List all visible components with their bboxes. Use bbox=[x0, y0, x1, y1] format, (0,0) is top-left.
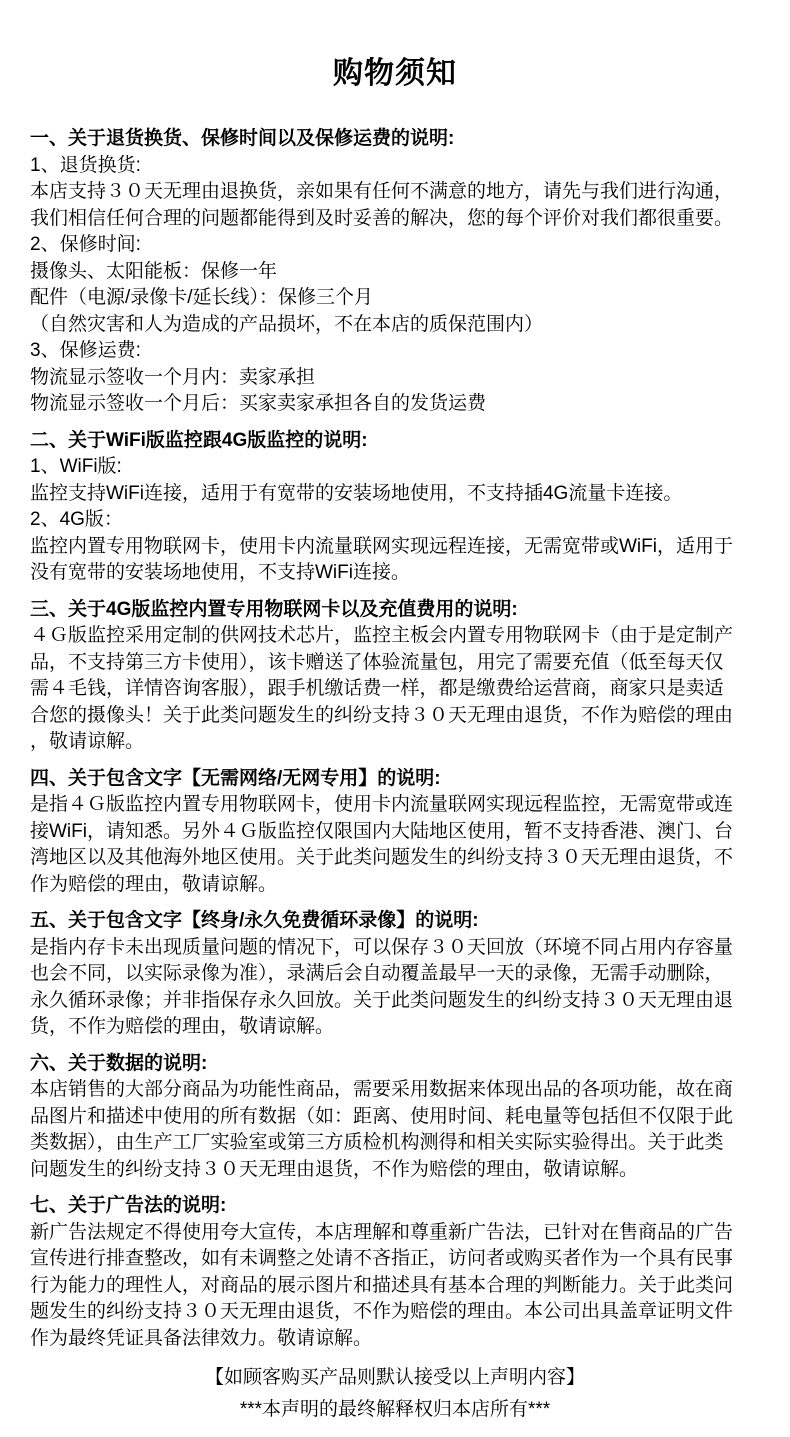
shopping-notice-page: 购物须知 一、关于退货换货、保修时间以及保修运费的说明:1、退货换货:本店支持３… bbox=[0, 0, 790, 1426]
notice-section-3: 三、关于4G版监控内置专用物联网卡以及充值费用的说明:４Ｇ版监控采用定制的供网技… bbox=[30, 597, 760, 756]
section-text-line: 合您的摄像头！关于此类问题发生的纠纷支持３０天无理由退货，不作为赔偿的理由 bbox=[30, 703, 760, 730]
section-text-line: 2、保修时间: bbox=[30, 232, 760, 259]
section-text-line: 物流显示签收一个月内：卖家承担 bbox=[30, 365, 760, 392]
section-text-line: （自然灾害和人为造成的产品损坏，不在本店的质保范围内） bbox=[30, 312, 760, 339]
section-text-line: 是指内存卡未出现质量问题的情况下，可以保存３０天回放（环境不同占用内存容量 bbox=[30, 935, 760, 962]
section-text-line: 配件（电源/录像卡/延长线）：保修三个月 bbox=[30, 285, 760, 312]
section-text-line: ４Ｇ版监控采用定制的供网技术芯片，监控主板会内置专用物联网卡（由于是定制产 bbox=[30, 623, 760, 650]
section-text-line: 需４毛钱，详情咨询客服），跟手机缴话费一样，都是缴费给运营商，商家只是卖适 bbox=[30, 676, 760, 703]
notice-section-6: 六、关于数据的说明:本店销售的大部分商品为功能性商品，需要采用数据来体现出品的各… bbox=[30, 1051, 760, 1184]
section-text-line: 问题发生的纠纷支持３０天无理由退货，不作为赔偿的理由，敬请谅解。 bbox=[30, 1157, 760, 1184]
section-text-line: 作为赔偿的理由，敬请谅解。 bbox=[30, 872, 760, 899]
footer-rights-statement: ***本声明的最终解释权归本店所有*** bbox=[30, 1394, 760, 1426]
section-heading: 二、关于WiFi版监控跟4G版监控的说明: bbox=[30, 428, 760, 455]
section-text-line: 本店销售的大部分商品为功能性商品，需要采用数据来体现出品的各项功能，故在商 bbox=[30, 1077, 760, 1104]
section-text-line: 物流显示签收一个月后：买家卖家承担各自的发货运费 bbox=[30, 391, 760, 418]
section-text-line: 1、WiFi版: bbox=[30, 454, 760, 481]
section-text-line: 没有宽带的安装场地使用，不支持WiFi连接。 bbox=[30, 560, 760, 587]
section-text-line: 1、退货换货: bbox=[30, 153, 760, 180]
section-text-line: 新广告法规定不得使用夸大宣传，本店理解和尊重新广告法，已针对在售商品的广告 bbox=[30, 1220, 760, 1247]
section-text-line: 品图片和描述中使用的所有数据（如：距离、使用时间、耗电量等包括但不仅限于此 bbox=[30, 1104, 760, 1131]
footer: 【如顾客购买产品则默认接受以上声明内容】 ***本声明的最终解释权归本店所有**… bbox=[30, 1362, 760, 1426]
section-text-line: 作为最终凭证具备法律效力。敬请谅解。 bbox=[30, 1326, 760, 1353]
section-text-line: 是指４Ｇ版监控内置专用物联网卡，使用卡内流量联网实现远程监控，无需宽带或连 bbox=[30, 792, 760, 819]
section-text-line: 也会不同，以实际录像为准），录满后会自动覆盖最早一天的录像，无需手动删除， bbox=[30, 961, 760, 988]
section-heading: 六、关于数据的说明: bbox=[30, 1051, 760, 1078]
section-text-line: 监控内置专用物联网卡，使用卡内流量联网实现远程连接，无需宽带或WiFi，适用于 bbox=[30, 534, 760, 561]
notice-section-5: 五、关于包含文字【终身/永久免费循环录像】的说明:是指内存卡未出现质量问题的情况… bbox=[30, 908, 760, 1041]
section-text-line: 货，不作为赔偿的理由，敬请谅解。 bbox=[30, 1014, 760, 1041]
section-heading: 三、关于4G版监控内置专用物联网卡以及充值费用的说明: bbox=[30, 597, 760, 624]
footer-acceptance-statement: 【如顾客购买产品则默认接受以上声明内容】 bbox=[30, 1362, 760, 1394]
notice-section-1: 一、关于退货换货、保修时间以及保修运费的说明:1、退货换货:本店支持３０天无理由… bbox=[30, 126, 760, 418]
section-text-line: ，敬请谅解。 bbox=[30, 729, 760, 756]
section-text-line: 2、4G版： bbox=[30, 507, 760, 534]
section-text-line: 永久循环录像；并非指保存永久回放。关于此类问题发生的纠纷支持３０天无理由退 bbox=[30, 988, 760, 1015]
section-text-line: 我们相信任何合理的问题都能得到及时妥善的解决，您的每个评价对我们都很重要。 bbox=[30, 206, 760, 233]
section-text-line: 监控支持WiFi连接，适用于有宽带的安装场地使用，不支持插4G流量卡连接。 bbox=[30, 481, 760, 508]
section-text-line: 宣传进行排查整改，如有未调整之处请不吝指正，访问者或购买者作为一个具有民事 bbox=[30, 1246, 760, 1273]
sections-container: 一、关于退货换货、保修时间以及保修运费的说明:1、退货换货:本店支持３０天无理由… bbox=[30, 126, 760, 1352]
notice-section-7: 七、关于广告法的说明:新广告法规定不得使用夸大宣传，本店理解和尊重新广告法，已针… bbox=[30, 1193, 760, 1352]
section-heading: 四、关于包含文字【无需网络/无网专用】的说明: bbox=[30, 766, 760, 793]
section-heading: 五、关于包含文字【终身/永久免费循环录像】的说明: bbox=[30, 908, 760, 935]
section-text-line: 湾地区以及其他海外地区使用。关于此类问题发生的纠纷支持３０天无理由退货，不 bbox=[30, 845, 760, 872]
notice-section-2: 二、关于WiFi版监控跟4G版监控的说明:1、WiFi版:监控支持WiFi连接，… bbox=[30, 428, 760, 587]
section-text-line: 本店支持３０天无理由退换货，亲如果有任何不满意的地方，请先与我们进行沟通， bbox=[30, 179, 760, 206]
section-text-line: 品，不支持第三方卡使用），该卡赠送了体验流量包，用完了需要充值（低至每天仅 bbox=[30, 650, 760, 677]
section-text-line: 类数据），由生产工厂实验室或第三方质检机构测得和相关实际实验得出。关于此类 bbox=[30, 1130, 760, 1157]
notice-section-4: 四、关于包含文字【无需网络/无网专用】的说明:是指４Ｇ版监控内置专用物联网卡，使… bbox=[30, 766, 760, 899]
section-text-line: 题发生的纠纷支持３０天无理由退货，不作为赔偿的理由。本公司出具盖章证明文件 bbox=[30, 1299, 760, 1326]
section-text-line: 接WiFi，请知悉。另外４Ｇ版监控仅限国内大陆地区使用，暂不支持香港、澳门、台 bbox=[30, 819, 760, 846]
section-heading: 七、关于广告法的说明: bbox=[30, 1193, 760, 1220]
section-heading: 一、关于退货换货、保修时间以及保修运费的说明: bbox=[30, 126, 760, 153]
section-text-line: 摄像头、太阳能板：保修一年 bbox=[30, 259, 760, 286]
section-text-line: 行为能力的理性人，对商品的展示图片和描述具有基本合理的判断能力。关于此类问 bbox=[30, 1273, 760, 1300]
page-title: 购物须知 bbox=[30, 0, 760, 82]
section-text-line: 3、保修运费: bbox=[30, 338, 760, 365]
